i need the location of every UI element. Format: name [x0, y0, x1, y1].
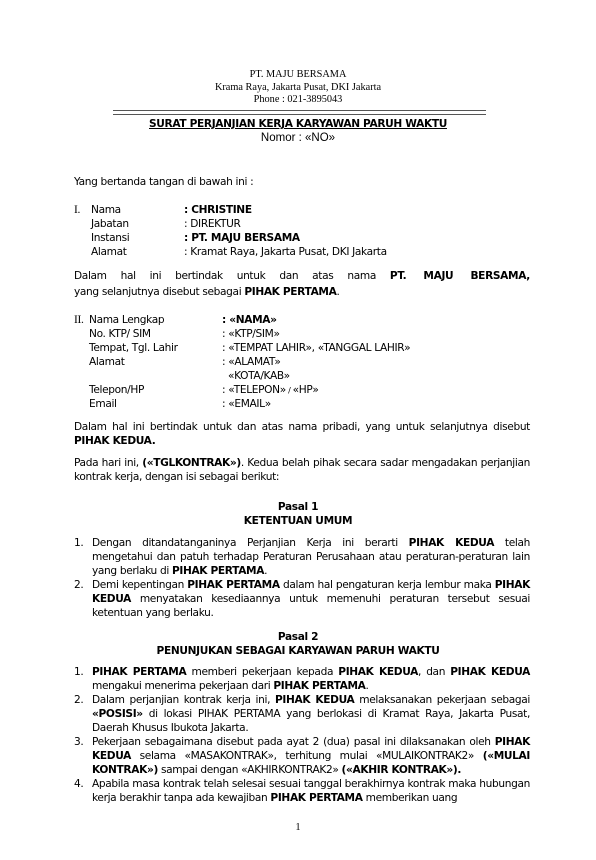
bold-text: PIHAK PERTAMA — [187, 579, 279, 591]
plain-text: melaksanakan pekerjaan sebagai — [354, 694, 530, 706]
field-label: Jabatan — [91, 217, 129, 231]
plain-text: , dan — [418, 666, 450, 678]
field-label: Tempat, Tgl. Lahir — [89, 341, 178, 355]
list-item-text: Demi kepentingan PIHAK PERTAMA dalam hal… — [92, 578, 530, 620]
list-number: 1. — [74, 665, 83, 679]
field-label: Instansi — [91, 231, 129, 245]
company-word: PT. — [390, 269, 406, 283]
plain-text: . — [264, 565, 267, 577]
statement-word: ini — [150, 269, 162, 283]
phone-separator: / — [286, 386, 293, 395]
field-label: Alamat — [91, 245, 127, 259]
statement-word: untuk — [237, 269, 266, 283]
list-item: 3.Pekerjaan sebagaimana disebut pada aya… — [74, 735, 530, 777]
company-name-bold: PT.MAJUBERSAMA, — [390, 269, 530, 283]
plain-text: di lokasi PIHAK PERTAMA yang berlokasi d… — [92, 708, 530, 734]
list-number: 4. — [74, 777, 83, 791]
company-phone: Phone : 021-3895043 — [0, 94, 596, 107]
bold-text: PIHAK KEDUA — [409, 537, 494, 549]
list-number: 2. — [74, 693, 83, 707]
statement-word: Dalam — [74, 269, 107, 283]
statement-word: atas — [312, 269, 333, 283]
field-value: : «ALAMAT» — [222, 355, 281, 369]
statement-word: nama — [347, 269, 376, 283]
plain-text: Pekerjaan sebagaimana disebut pada ayat … — [92, 736, 495, 748]
list-number: 2. — [74, 578, 83, 592]
document-number: Nomor : «NO» — [0, 132, 596, 144]
list-item: 2.Dalam perjanjian kontrak kerja ini, PI… — [74, 693, 530, 735]
company-name: PT. MAJU BERSAMA — [0, 69, 596, 82]
phone-value: : «TELEPON» — [222, 384, 286, 396]
pihak-pertama-label: PIHAK PERTAMA — [244, 286, 336, 298]
plain-text: Dalam perjanjian kontrak kerja ini, — [92, 694, 275, 706]
plain-text: Dengan ditandatanganinya Perjanjian Kerj… — [92, 537, 409, 549]
party-1-numeral: I. — [74, 203, 80, 217]
statement-word: bertindak — [175, 269, 223, 283]
party-1-statement-line2: yang selanjutnya disebut sebagai PIHAK P… — [74, 285, 340, 299]
bold-text: («AKHIR KONTRAK»). — [342, 764, 462, 776]
list-item: 4.Apabila masa kontrak telah selesai ses… — [74, 777, 530, 805]
bold-text: «POSISI» — [92, 708, 143, 720]
plain-text: memberikan uang — [363, 792, 458, 804]
field-value: : «EMAIL» — [222, 397, 271, 411]
bold-text: PIHAK PERTAMA — [172, 565, 264, 577]
statement-word: dan — [279, 269, 298, 283]
company-address: Krama Raya, Jakarta Pusat, DKI Jakarta — [0, 82, 596, 95]
plain-text: mengakui menerima pekerjaan dari — [92, 680, 273, 692]
page-number: 1 — [0, 822, 596, 833]
field-value: : CHRISTINE — [184, 203, 252, 217]
pasal-2-heading: Pasal 2 — [0, 630, 596, 644]
bold-text: PIHAK KEDUA — [275, 694, 354, 706]
plain-text: memberi pekerjaan kepada — [186, 666, 338, 678]
document-page: PT. MAJU BERSAMA Krama Raya, Jakarta Pus… — [0, 0, 596, 860]
opening-text: Pada hari ini, — [74, 457, 142, 469]
hp-value: «HP» — [293, 384, 319, 396]
field-label: Email — [89, 397, 117, 411]
pasal-1-subheading: KETENTUAN UMUM — [0, 514, 596, 528]
pihak-kedua-label: PIHAK KEDUA. — [74, 434, 155, 448]
party-2-numeral: II. — [74, 313, 83, 327]
company-word: MAJU — [423, 269, 453, 283]
field-value: : «NAMA» — [222, 313, 277, 327]
field-value: : «TELEPON» / «HP» — [222, 383, 319, 398]
field-value: : PT. MAJU BERSAMA — [184, 231, 300, 245]
field-value: : DIREKTUR — [184, 217, 240, 231]
field-label: Nama — [91, 203, 121, 217]
plain-text: dalam hal pengaturan kerja lembur maka — [280, 579, 495, 591]
bold-text: PIHAK PERTAMA — [92, 666, 186, 678]
list-number: 1. — [74, 536, 83, 550]
field-label: No. KTP/ SIM — [89, 327, 151, 341]
field-value: : Kramat Raya, Jakarta Pusat, DKI Jakart… — [184, 245, 387, 259]
list-item: 1.Dengan ditandatanganinya Perjanjian Ke… — [74, 536, 530, 578]
contract-date-field: («TGLKONTRAK») — [142, 457, 241, 469]
field-value: «KOTA/KAB» — [228, 369, 290, 383]
list-item-text: Apabila masa kontrak telah selesai sesua… — [92, 777, 530, 805]
list-item-text: Dengan ditandatanganinya Perjanjian Kerj… — [92, 536, 530, 578]
field-label: Nama Lengkap — [89, 313, 164, 327]
plain-text: menyatakan kesediaannya untuk memenuhi p… — [92, 593, 530, 619]
plain-text: sampai dengan «AKHIRKONTRAK2» — [158, 764, 342, 776]
party-1-statement-line1: DalamhalinibertindakuntukdanatasnamaPT.M… — [74, 269, 530, 283]
list-item: 2.Demi kepentingan PIHAK PERTAMA dalam h… — [74, 578, 530, 620]
plain-text: selama «MASAKONTRAK», terhitung mulai «M… — [131, 750, 483, 762]
letterhead: PT. MAJU BERSAMA Krama Raya, Jakarta Pus… — [0, 69, 596, 107]
list-item-text: Dalam perjanjian kontrak kerja ini, PIHA… — [92, 693, 530, 735]
plain-text: Demi kepentingan — [92, 579, 187, 591]
party-2-statement: Dalam hal ini bertindak untuk dan atas n… — [74, 420, 530, 434]
statement-text: yang selanjutnya disebut sebagai — [74, 286, 244, 298]
company-word: BERSAMA, — [470, 269, 529, 283]
letterhead-divider — [113, 110, 486, 115]
pasal-2-subheading: PENUNJUKAN SEBAGAI KARYAWAN PARUH WAKTU — [0, 644, 596, 658]
list-item-text: Pekerjaan sebagaimana disebut pada ayat … — [92, 735, 530, 777]
intro-text: Yang bertanda tangan di bawah ini : — [74, 175, 253, 189]
field-label: Telepon/HP — [89, 383, 144, 397]
bold-text: PIHAK KEDUA — [338, 666, 418, 678]
bold-text: PIHAK KEDUA — [450, 666, 530, 678]
field-label: Alamat — [89, 355, 125, 369]
bold-text: PIHAK PERTAMA — [270, 792, 362, 804]
list-item-text: PIHAK PERTAMA memberi pekerjaan kepada P… — [92, 665, 530, 693]
statement-word: hal — [121, 269, 136, 283]
field-value: : «KTP/SIM» — [222, 327, 280, 341]
list-item: 1.PIHAK PERTAMA memberi pekerjaan kepada… — [74, 665, 530, 693]
plain-text: . — [366, 680, 369, 692]
opening-paragraph: Pada hari ini, («TGLKONTRAK»). Kedua bel… — [74, 456, 530, 484]
statement-text-end: . — [336, 286, 339, 298]
bold-text: PIHAK PERTAMA — [273, 680, 365, 692]
field-value: : «TEMPAT LAHIR», «TANGGAL LAHIR» — [222, 341, 410, 355]
list-number: 3. — [74, 735, 83, 749]
document-title: SURAT PERJANJIAN KERJA KARYAWAN PARUH WA… — [0, 118, 596, 130]
pasal-1-heading: Pasal 1 — [0, 500, 596, 514]
